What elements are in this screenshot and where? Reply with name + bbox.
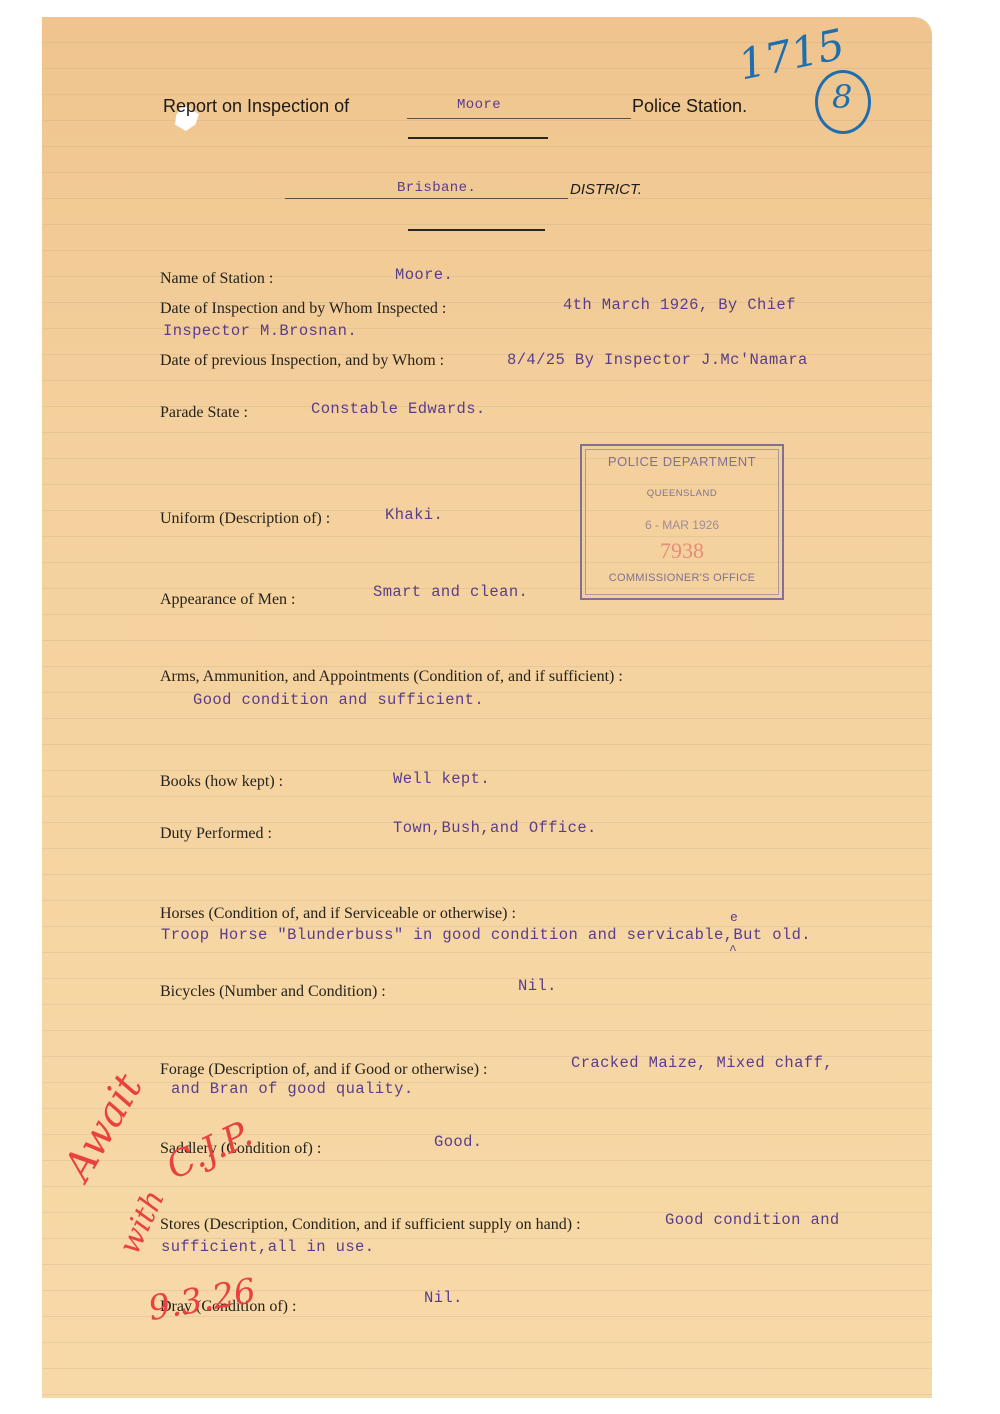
field-label-bicycles: Bicycles (Number and Condition) : [160, 983, 386, 1001]
field-value-horses: Troop Horse "Blunderbuss" in good condit… [161, 926, 811, 944]
field-label-parade-state: Parade State : [160, 404, 248, 422]
field-value-forage: Cracked Maize, Mixed chaff, [571, 1054, 833, 1072]
received-stamp: POLICE DEPARTMENT QUEENSLAND 6 - MAR 192… [580, 444, 784, 600]
field-value-forage-cont: and Bran of good quality. [171, 1080, 414, 1098]
stamp-office: COMMISSIONER'S OFFICE [582, 572, 782, 584]
field-value-inspection-date: 4th March 1926, By Chief [563, 296, 796, 314]
field-value-uniform: Khaki. [385, 506, 443, 524]
field-value-dray: Nil. [424, 1289, 463, 1307]
field-label-books: Books (how kept) : [160, 773, 283, 791]
field-value-stores-cont: sufficient,all in use. [161, 1238, 374, 1256]
field-label-forage: Forage (Description of, and if Good or o… [160, 1061, 487, 1079]
insertion-mark: e [730, 910, 738, 925]
stamp-department: POLICE DEPARTMENT [582, 454, 782, 469]
field-value-appearance: Smart and clean. [373, 583, 528, 601]
caret-mark: ^ [729, 943, 737, 958]
district-label: DISTRICT. [570, 181, 642, 198]
folio-number: 8 [832, 78, 852, 116]
field-value-previous-inspection: 8/4/25 By Inspector J.Mc'Namara [507, 351, 808, 369]
field-value-duty: Town,Bush,and Office. [393, 819, 597, 837]
station-name: Moore [457, 97, 501, 113]
field-label-inspection-date: Date of Inspection and by Whom Inspected… [160, 300, 446, 318]
field-label-station: Name of Station : [160, 270, 273, 288]
field-label-appearance: Appearance of Men : [160, 591, 296, 609]
field-label-horses: Horses (Condition of, and if Serviceable… [160, 905, 516, 923]
field-value-arms: Good condition and sufficient. [193, 691, 484, 709]
field-value-stores: Good condition and [665, 1211, 840, 1229]
field-value-inspection-date-cont: Inspector M.Brosnan. [163, 322, 357, 340]
title-suffix: Police Station. [632, 96, 747, 117]
field-value-saddlery: Good. [434, 1133, 483, 1151]
document-page [42, 17, 932, 1398]
stamp-state: QUEENSLAND [582, 488, 782, 499]
title-prefix: Report on Inspection of [163, 96, 349, 117]
district-name: Brisbane. [397, 180, 476, 196]
field-label-stores: Stores (Description, Condition, and if s… [160, 1216, 581, 1234]
field-value-parade-state: Constable Edwards. [311, 400, 486, 418]
stamp-date: 6 - MAR 1926 [582, 518, 782, 532]
field-value-books: Well kept. [393, 770, 490, 788]
stamp-number: 7938 [582, 538, 782, 564]
field-value-station: Moore. [395, 266, 453, 284]
field-label-arms: Arms, Ammunition, and Appointments (Cond… [160, 668, 623, 686]
field-label-uniform: Uniform (Description of) : [160, 510, 330, 528]
field-label-previous-inspection: Date of previous Inspection, and by Whom… [160, 352, 444, 370]
field-value-bicycles: Nil. [518, 977, 557, 995]
field-label-duty: Duty Performed : [160, 825, 272, 843]
